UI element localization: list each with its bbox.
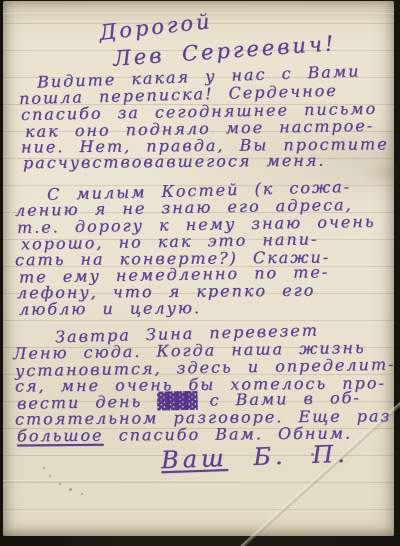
fold-crease-horizontal [3, 480, 238, 482]
handwriting-line: расчувствовавшегося меня. [23, 151, 326, 173]
paper-stain [59, 483, 61, 485]
salutation-line-1: Дорогой [98, 9, 213, 45]
letter-paper: Дорогой Лев Сергеевич! Видите какая у на… [3, 1, 394, 536]
underlined-word: большое [17, 426, 104, 446]
signature-word: Ваш [161, 444, 229, 474]
signature: Ваш Б. П. [161, 440, 350, 475]
paper-stain [81, 493, 83, 495]
paper-stain [69, 488, 72, 491]
scanned-letter: Дорогой Лев Сергеевич! Видите какая у на… [0, 0, 400, 546]
paper-stain [43, 467, 45, 469]
signature-initials: Б. П. [253, 440, 349, 471]
paper-stain [49, 475, 51, 477]
paper-wrinkle [355, 151, 400, 197]
handwriting-line: люблю и целую. [19, 298, 201, 319]
